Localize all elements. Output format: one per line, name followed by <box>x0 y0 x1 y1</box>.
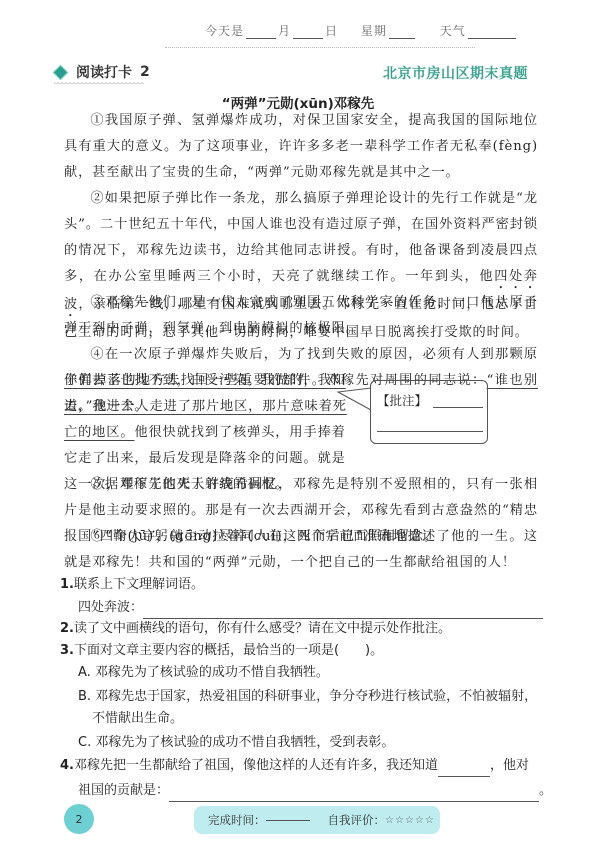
day-blank[interactable] <box>293 26 323 39</box>
question-3: 3.下面对文章主要内容的概括，最恰当的一项是( )。 <box>60 640 383 662</box>
paragraph-6: ⑥“鞠(jū)躬(gōng)尽瘁(cuì)，死而后已”准确地描述了他的一生。这就… <box>64 524 538 576</box>
paragraph-3: ③邓稼先他们，是一代人完成了别国五代科学家的任务，一口气从原子弹干到中子弹，到氢… <box>64 290 538 342</box>
option-c[interactable]: C. 邓稼先为了核试验的成功不惜自我牺牲，受到表彰。 <box>78 732 394 754</box>
option-b-cont: 不惜献出生命。 <box>92 708 183 730</box>
option-b[interactable]: B. 邓稼先忠于国家，热爱祖国的科研事业，争分夺秒进行核试验，不怕被辐射， <box>78 686 537 708</box>
weekday-blank[interactable] <box>389 26 415 39</box>
rating-stars[interactable]: ☆☆☆☆☆ <box>385 815 435 826</box>
question-2: 2.读了文中画横线的语句，你有什么感受？请在文中提示处作批注。 <box>60 618 451 640</box>
header-divider <box>165 47 475 48</box>
footer-bar: 完成时间： 自我评价： ☆☆☆☆☆ <box>194 806 440 834</box>
diamond-icon <box>53 64 69 80</box>
annotation-box[interactable]: 【批注】 <box>370 380 488 444</box>
answer-line[interactable] <box>169 801 539 802</box>
source-label: 北京市房山区期末真题 <box>383 63 528 83</box>
paragraph-1: ①我国原子弹、氢弹爆炸成功，对保卫国家安全，提高我国的国际地位具有重大的意义。为… <box>64 108 538 186</box>
card-title: 阅读打卡 2 <box>55 62 150 82</box>
question-4-answer: 祖国的贡献是：。 <box>78 780 552 802</box>
answer-line[interactable] <box>438 776 490 777</box>
annotation-line[interactable] <box>377 431 483 432</box>
date-header: 今天是月日 星期 天气 <box>205 22 518 39</box>
month-blank[interactable] <box>246 26 276 39</box>
wavy-underline <box>54 82 144 86</box>
question-1-answer: 四处奔波： <box>78 597 543 619</box>
weather-blank[interactable] <box>468 26 516 39</box>
page-number: 2 <box>64 804 94 834</box>
question-4: 4.邓稼先把一生都献给了祖国，像他这样的人还有许多，我还知道，他对 <box>60 755 529 777</box>
annotation-line[interactable] <box>433 407 483 408</box>
time-blank[interactable] <box>266 820 310 821</box>
question-1: 1.联系上下文理解词语。 <box>60 574 204 596</box>
option-a[interactable]: A. 邓稼先为了核试验的成功不惜自我牺牲。 <box>78 662 329 684</box>
